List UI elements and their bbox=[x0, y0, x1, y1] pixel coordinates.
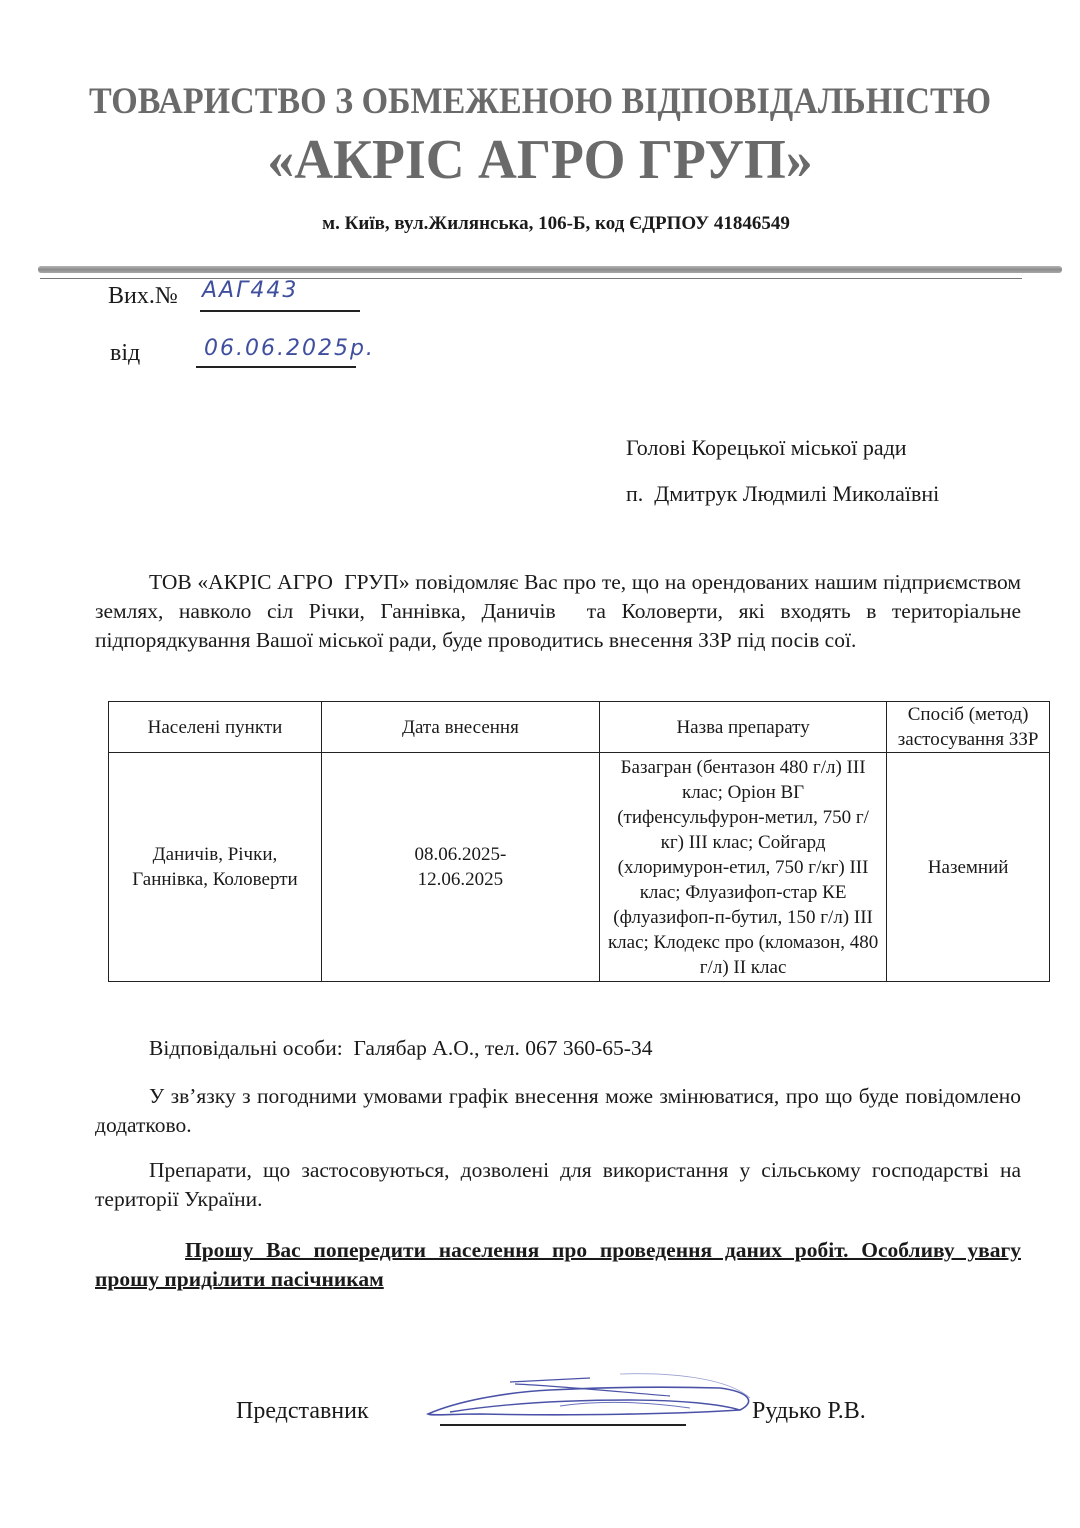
letterhead-company-name: «АКРІС АГРО ГРУП» bbox=[22, 128, 1059, 192]
intro-paragraph: ТОВ «АКРІС АГРО ГРУП» повідомляє Вас про… bbox=[95, 568, 1021, 655]
cell-dates: 08.06.2025- 12.06.2025 bbox=[321, 753, 599, 982]
outgoing-number-value: ААГ443 bbox=[202, 278, 298, 303]
addressee-line-1: Голові Корецької міської ради bbox=[626, 425, 939, 471]
application-schedule-table: Населені пункти Дата внесення Назва преп… bbox=[108, 701, 1050, 982]
signatory-name: Рудько Р.В. bbox=[752, 1398, 866, 1425]
table-row: Даничів, Річки, Ганнівка, Коловерти 08.0… bbox=[109, 753, 1050, 982]
letterhead-divider bbox=[38, 266, 1062, 273]
outgoing-number-label: Вих.№ bbox=[108, 283, 178, 310]
signature-scribble-icon bbox=[420, 1370, 760, 1430]
addressee-block: Голові Корецької міської ради п. Дмитрук… bbox=[626, 425, 939, 517]
header-method: Спосіб (метод) застосування ЗЗР bbox=[887, 702, 1050, 753]
weather-note: У зв’язку з погодними умовами графік вне… bbox=[95, 1082, 1021, 1140]
signature-line bbox=[440, 1424, 686, 1426]
signature-title: Представник bbox=[236, 1398, 369, 1425]
letterhead-divider-thin bbox=[40, 278, 1022, 279]
date-label: від bbox=[110, 340, 140, 367]
cell-settlements: Даничів, Річки, Ганнівка, Коловерти bbox=[109, 753, 322, 982]
cell-method: Наземний bbox=[887, 753, 1050, 982]
header-preparation: Назва препарату bbox=[599, 702, 886, 753]
date-value: 06.06.2025р. bbox=[204, 336, 375, 361]
letterhead-company-type: ТОВАРИСТВО З ОБМЕЖЕНОЮ ВІДПОВІДАЛЬНІСТЮ bbox=[43, 80, 1037, 123]
preparations-note: Препарати, що застосовуються, дозволені … bbox=[95, 1156, 1021, 1214]
cell-preparations: Базагран (бентазон 480 г/л) III клас; Ор… bbox=[599, 753, 886, 982]
header-date: Дата внесення bbox=[321, 702, 599, 753]
letterhead-address: м. Київ, вул.Жилянська, 106-Б, код ЄДРПО… bbox=[0, 213, 1080, 235]
responsible-persons: Відповідальні особи: Галябар А.О., тел. … bbox=[95, 1034, 1021, 1063]
table-header-row: Населені пункти Дата внесення Назва преп… bbox=[109, 702, 1050, 753]
addressee-line-2: п. Дмитрук Людмилі Миколаївні bbox=[626, 471, 939, 517]
request-paragraph: Прошу Вас попередити населення про прове… bbox=[95, 1236, 1021, 1294]
header-settlements: Населені пункти bbox=[109, 702, 322, 753]
